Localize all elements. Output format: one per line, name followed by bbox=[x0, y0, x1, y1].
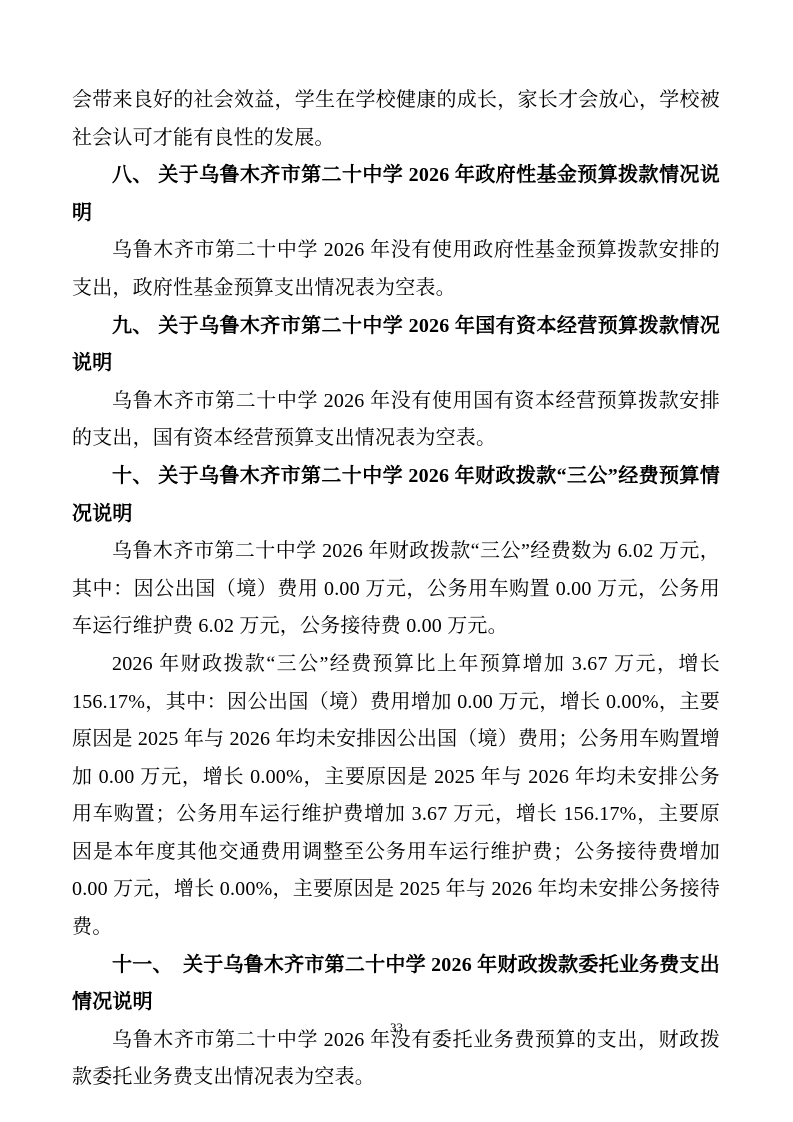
page-footer: 33 bbox=[0, 1019, 793, 1037]
paragraph-government-fund-budget: 乌鲁木齐市第二十中学 2026 年没有使用政府性基金预算拨款安排的支出，政府性基… bbox=[72, 232, 720, 307]
paragraph-continuation-social-benefit: 会带来良好的社会效益，学生在学校健康的成长，家长才会放心，学校被社会认可才能有良… bbox=[72, 82, 720, 157]
section-heading-9-state-capital-budget: 九、 关于乌鲁木齐市第二十中学 2026 年国有资本经营预算拨款情况说明 bbox=[72, 308, 720, 383]
section-heading-11-entrusted-business-fee: 十一、 关于乌鲁木齐市第二十中学 2026 年财政拨款委托业务费支出情况说明 bbox=[72, 947, 720, 1022]
paragraph-state-capital-budget: 乌鲁木齐市第二十中学 2026 年没有使用国有资本经营预算拨款安排的支出，国有资… bbox=[72, 383, 720, 458]
paragraph-three-public-expenses-changes: 2026 年财政拨款“三公”经费预算比上年预算增加 3.67 万元，增长 156… bbox=[72, 646, 720, 947]
section-heading-10-three-public-expenses: 十、 关于乌鲁木齐市第二十中学 2026 年财政拨款“三公”经费预算情况说明 bbox=[72, 458, 720, 533]
section-heading-8-government-fund-budget: 八、 关于乌鲁木齐市第二十中学 2026 年政府性基金预算拨款情况说明 bbox=[72, 157, 720, 232]
document-page: 会带来良好的社会效益，学生在学校健康的成长，家长才会放心，学校被社会认可才能有良… bbox=[0, 0, 793, 1122]
document-body: 会带来良好的社会效益，学生在学校健康的成长，家长才会放心，学校被社会认可才能有良… bbox=[72, 82, 720, 1097]
paragraph-three-public-expenses-amounts: 乌鲁木齐市第二十中学 2026 年财政拨款“三公”经费数为 6.02 万元，其中… bbox=[72, 533, 720, 646]
page-number: 33 bbox=[390, 1020, 403, 1035]
